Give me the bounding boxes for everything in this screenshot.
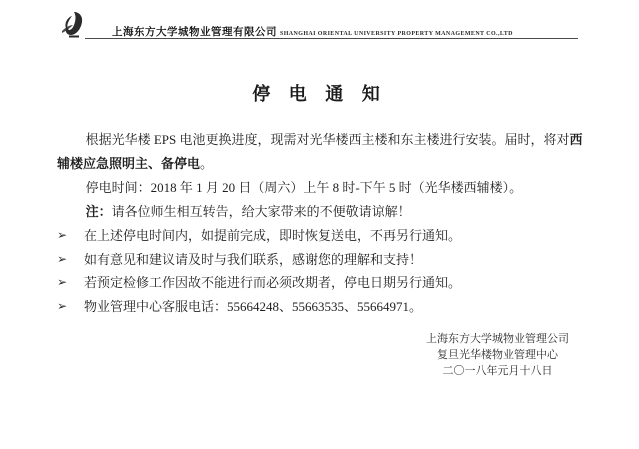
- notice-title: 停 电 通 知: [0, 80, 639, 106]
- bullet-item: ➢ 物业管理中心客服电话：55664248、55663535、55664971。: [57, 295, 589, 319]
- signature-department: 复旦光华楼物业管理中心: [426, 347, 569, 363]
- power-outage-notice-document: 上海东方大学城物业管理有限公司SHANGHAI ORIENTAL UNIVERS…: [0, 0, 639, 449]
- outage-time-line: 停电时间：2018 年 1 月 20 日（周六）上午 8 时-下午 5 时（光华…: [57, 176, 589, 200]
- company-name-en: SHANGHAI ORIENTAL UNIVERSITY PROPERTY MA…: [280, 31, 513, 37]
- bullet-text: 物业管理中心客服电话：55664248、55663535、55664971。: [84, 295, 422, 319]
- bullet-item: ➢ 在上述停电时间内，如提前完成，即时恢复送电，不再另行通知。: [57, 224, 589, 248]
- signature-date: 二〇一八年元月十八日: [426, 363, 569, 379]
- signature-company: 上海东方大学城物业管理公司: [426, 331, 569, 347]
- intro-text-end: 。: [200, 156, 213, 171]
- arrow-bullet-icon: ➢: [57, 271, 84, 295]
- note-label: 注：: [86, 204, 112, 219]
- company-logo-icon: [60, 8, 94, 40]
- signature-block: 上海东方大学城物业管理公司 复旦光华楼物业管理中心 二〇一八年元月十八日: [426, 331, 569, 379]
- note-text: 请各位师生相互转告，给大家带来的不便敬请谅解！: [112, 204, 411, 219]
- note-line: 注：请各位师生相互转告，给大家带来的不便敬请谅解！: [57, 200, 589, 224]
- bullet-text: 若预定检修工作因故不能进行而必须改期者，停电日期另行通知。: [84, 271, 461, 295]
- intro-text-normal: 根据光华楼 EPS 电池更换进度，现需对光华楼西主楼和东主楼进行安装。届时，将对: [86, 132, 570, 147]
- bullet-item: ➢ 如有意见和建议请及时与我们联系，感谢您的理解和支持！: [57, 248, 589, 272]
- intro-paragraph: 根据光华楼 EPS 电池更换进度，现需对光华楼西主楼和东主楼进行安装。届时，将对…: [57, 128, 589, 176]
- letterhead: 上海东方大学城物业管理有限公司SHANGHAI ORIENTAL UNIVERS…: [0, 0, 639, 48]
- bullet-text: 在上述停电时间内，如提前完成，即时恢复送电，不再另行通知。: [84, 224, 461, 248]
- arrow-bullet-icon: ➢: [57, 248, 84, 272]
- notice-body: 根据光华楼 EPS 电池更换进度，现需对光华楼西主楼和东主楼进行安装。届时，将对…: [57, 128, 589, 318]
- arrow-bullet-icon: ➢: [57, 224, 84, 248]
- bullet-text: 如有意见和建议请及时与我们联系，感谢您的理解和支持！: [84, 248, 422, 272]
- bullet-item: ➢ 若预定检修工作因故不能进行而必须改期者，停电日期另行通知。: [57, 271, 589, 295]
- letterhead-divider: [85, 38, 578, 39]
- arrow-bullet-icon: ➢: [57, 295, 84, 319]
- company-name-cn: 上海东方大学城物业管理有限公司: [112, 27, 277, 38]
- notice-bullet-list: ➢ 在上述停电时间内，如提前完成，即时恢复送电，不再另行通知。 ➢ 如有意见和建…: [57, 224, 589, 318]
